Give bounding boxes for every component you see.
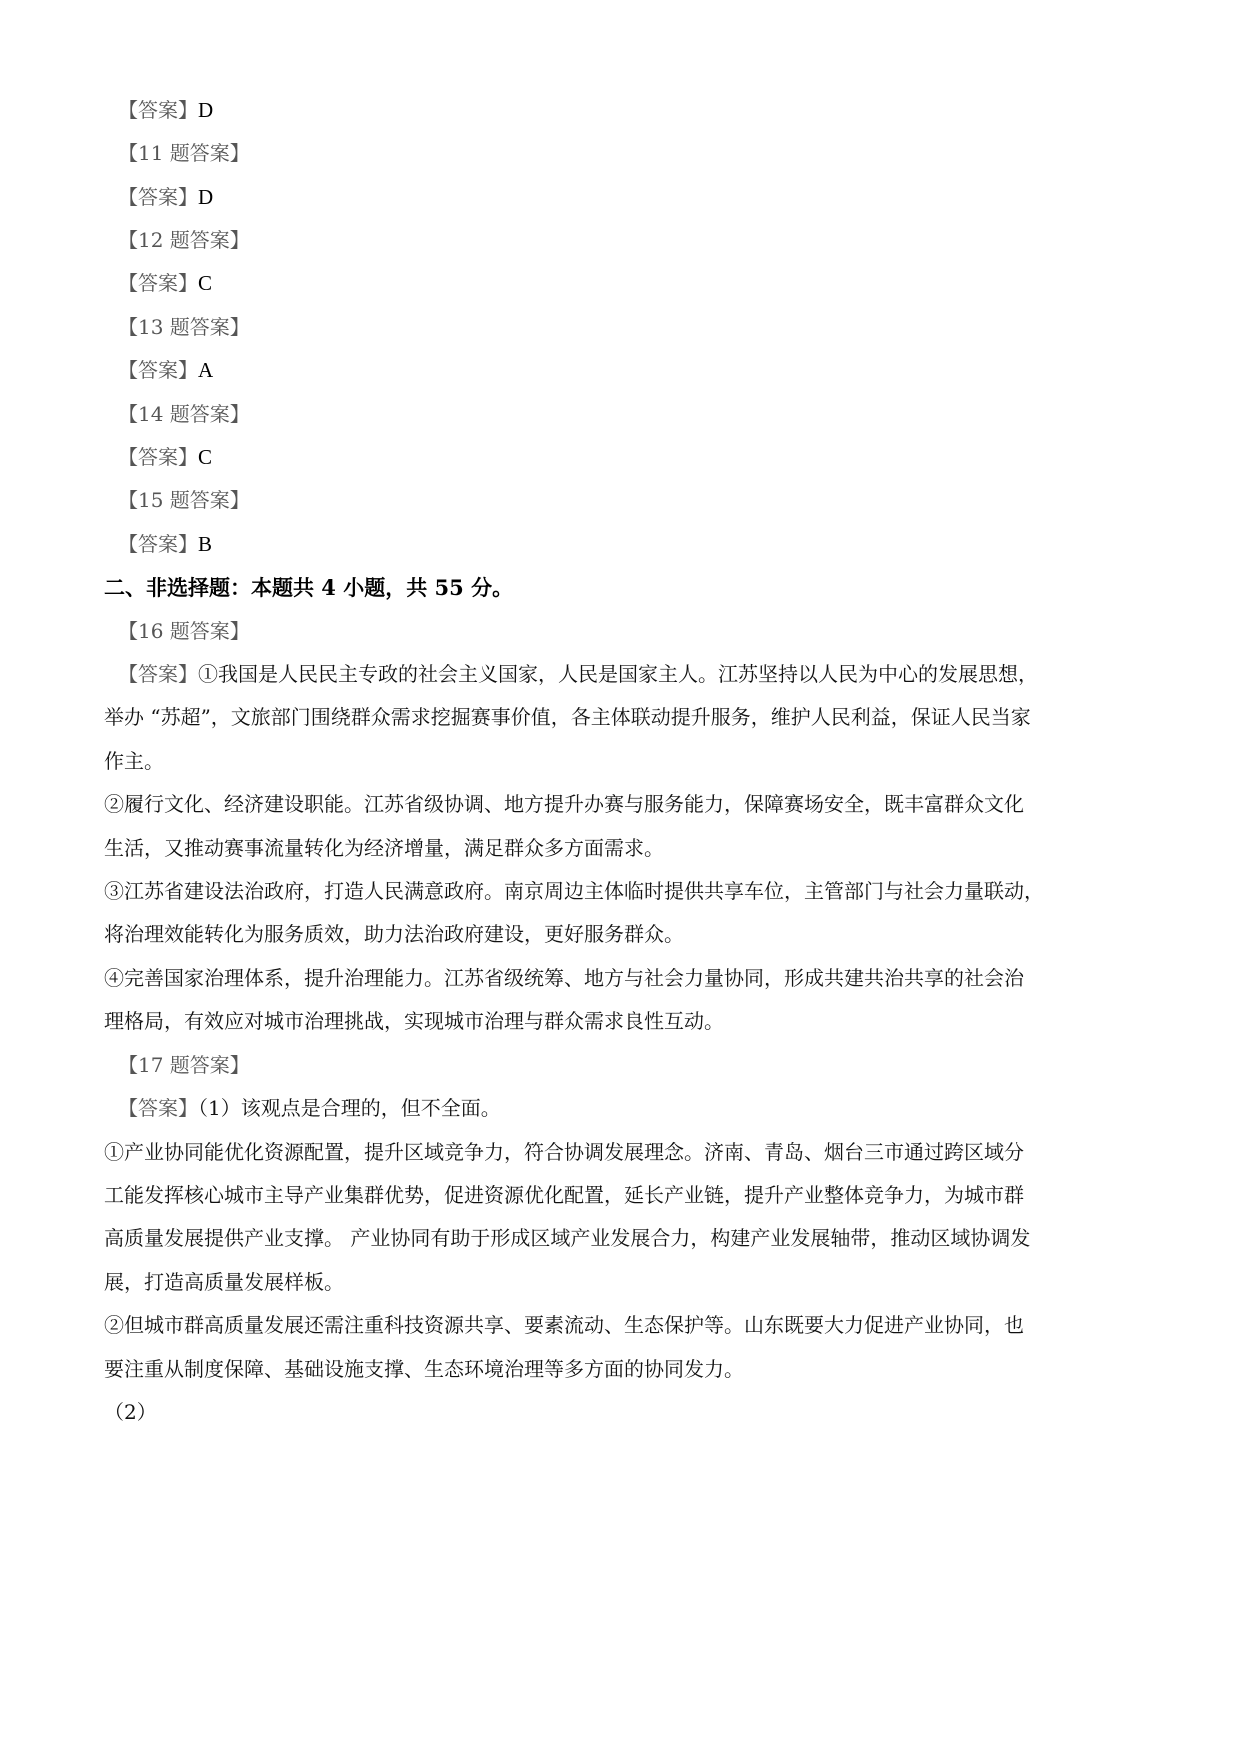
answer-paragraph-line: 作主。 <box>104 749 164 773</box>
section-heading: 二、非选择题：本题共 4 小题，共 55 分。 <box>104 576 513 600</box>
answer-value: B <box>198 532 212 556</box>
answer-label: 【答案】 <box>118 185 198 209</box>
question-header: 【14 题答案】 <box>118 402 250 426</box>
question-header: 【17 题答案】 <box>118 1053 250 1077</box>
answer-line: 【答案】C <box>118 271 212 295</box>
answer-paragraph-line: 【答案】①我国是人民民主专政的社会主义国家，人民是国家主人。江苏坚持以人民为中心… <box>118 662 1038 686</box>
answer-value: D <box>198 98 213 122</box>
answer-line: 【答案】A <box>118 358 213 382</box>
answer-paragraph-line: ①产业协同能优化资源配置，提升区域竞争力，符合协调发展理念。济南、青岛、烟台三市… <box>104 1140 1024 1164</box>
answer-paragraph-line: 工能发挥核心城市主导产业集群优势，促进资源优化配置，延长产业链，提升产业整体竞争… <box>104 1183 1024 1207</box>
answer-paragraph-line: ③江苏省建设法治政府，打造人民满意政府。南京周边主体临时提供共享车位，主管部门与… <box>104 879 1044 903</box>
answer-value: A <box>198 358 213 382</box>
answer-paragraph-line: ②但城市群高质量发展还需注重科技资源共享、要素流动、生态保护等。山东既要大力促进… <box>104 1313 1024 1337</box>
answer-line: 【答案】C <box>118 445 212 469</box>
answer-line: 【答案】D <box>118 98 213 122</box>
answer-label: 【答案】 <box>118 662 198 686</box>
answer-line: 【答案】D <box>118 185 213 209</box>
answer-paragraph-line: 要注重从制度保障、基础设施支撑、生态环境治理等多方面的协同发力。 <box>104 1357 744 1381</box>
answer-label: 【答案】 <box>118 271 198 295</box>
answer-line: 【答案】B <box>118 532 212 556</box>
answer-label: 【答案】 <box>118 358 198 382</box>
answer-text: ①我国是人民民主专政的社会主义国家，人民是国家主人。江苏坚持以人民为中心的发展思… <box>198 662 1038 686</box>
answer-label: 【答案】 <box>118 445 198 469</box>
question-header: 【16 题答案】 <box>118 619 250 643</box>
answer-paragraph-line: ④完善国家治理体系，提升治理能力。江苏省级统筹、地方与社会力量协同，形成共建共治… <box>104 966 1024 990</box>
answer-value: C <box>198 271 212 295</box>
answer-label: 【答案】 <box>118 532 198 556</box>
answer-value: C <box>198 445 212 469</box>
answer-label: 【答案】 <box>118 98 198 122</box>
answer-paragraph-line: 生活，又推动赛事流量转化为经济增量，满足群众多方面需求。 <box>104 836 664 860</box>
question-header: 【13 题答案】 <box>118 315 250 339</box>
answer-paragraph-line: 举办 “苏超”，文旅部门围绕群众需求挖掘赛事价值，各主体联动提升服务，维护人民利… <box>104 705 1031 729</box>
answer-text: （1）该观点是合理的，但不全面。 <box>198 1096 501 1120</box>
answer-paragraph-line: 【答案】（1）该观点是合理的，但不全面。 <box>118 1096 501 1120</box>
answer-label: 【答案】 <box>118 1096 198 1120</box>
answer-paragraph-line: （2） <box>104 1400 157 1424</box>
question-header: 【12 题答案】 <box>118 228 250 252</box>
answer-paragraph-line: 高质量发展提供产业支撑。 产业协同有助于形成区域产业发展合力，构建产业发展轴带，… <box>104 1226 1030 1250</box>
answer-paragraph-line: 展，打造高质量发展样板。 <box>104 1270 344 1294</box>
answer-paragraph-line: 理格局，有效应对城市治理挑战，实现城市治理与群众需求良性互动。 <box>104 1009 724 1033</box>
answer-paragraph-line: ②履行文化、经济建设职能。江苏省级协调、地方提升办赛与服务能力，保障赛场安全，既… <box>104 792 1024 816</box>
answer-paragraph-line: 将治理效能转化为服务质效，助力法治政府建设，更好服务群众。 <box>104 922 684 946</box>
question-header: 【15 题答案】 <box>118 488 250 512</box>
document-page: 【答案】D 【11 题答案】 【答案】D 【12 题答案】 【答案】C 【13 … <box>0 0 1241 1754</box>
question-header: 【11 题答案】 <box>118 141 250 165</box>
answer-value: D <box>198 185 213 209</box>
